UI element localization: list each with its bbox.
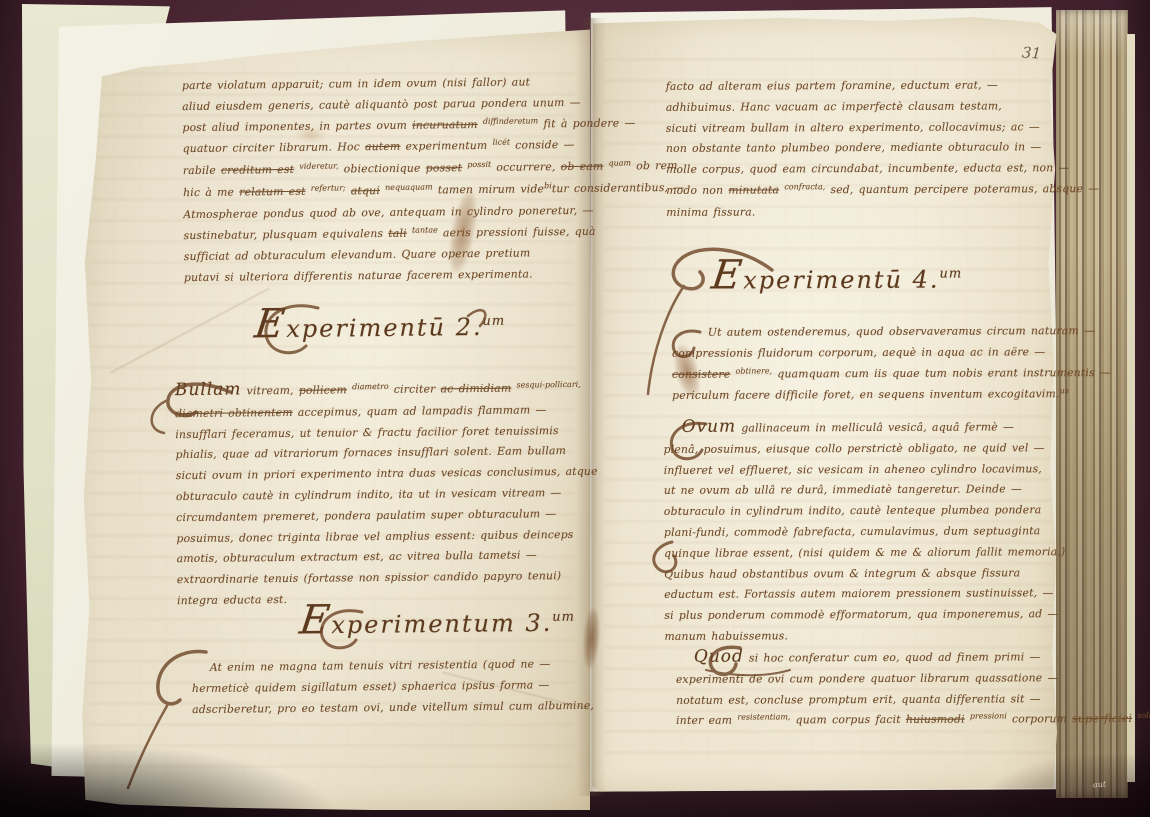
text-line: modo non minutata confracta, sed, quantu… <box>666 179 1070 203</box>
experiment-4-intro-paragraph: Ut autem ostenderemus, quod observaveram… <box>672 321 1080 408</box>
text-line: molle corpus, quod eam circundabat, incu… <box>666 158 1070 181</box>
heading-initial: E <box>252 301 289 347</box>
right-page-continuation-paragraph: facto ad alteram eius partem foramine, e… <box>666 75 1071 223</box>
text-line: si plus ponderum commodè efformatorum, q… <box>664 604 1076 627</box>
text-line: ut ne ovum ab ullâ re durâ, immediatè ta… <box>664 479 1076 502</box>
text-line: inter eam resistentiam, quam corpus faci… <box>676 710 1080 734</box>
heading-initial: E <box>709 252 746 298</box>
experiment-2-heading: Experimentū 2.um <box>255 299 506 348</box>
heading-text: xperimentum 3. <box>331 609 552 639</box>
heading-text: xperimentū 4. <box>743 266 939 295</box>
text-line: Quibus haud obstantibus ovum & integrum … <box>664 563 1076 586</box>
text-line: consistere obtinere, quamquam cum iis qu… <box>672 363 1080 387</box>
text-line: sicuti vitream bullam in altero experime… <box>666 117 1070 140</box>
corner-annotation: aut <box>1093 780 1107 790</box>
left-page-intro-paragraph: parte violatum apparuit; cum in idem ovu… <box>182 72 580 289</box>
text-line: periculum facere difficile foret, en seq… <box>672 385 1080 409</box>
experiment-4-body-paragraph: Ovum gallinaceum in melliculâ vesicâ, aq… <box>663 415 1076 648</box>
text-line: obturaculo in cylindrum indito, cautè le… <box>664 500 1076 523</box>
text-line: non obstante tanto plumbeo pondere, medi… <box>666 138 1070 161</box>
experiment-2-paragraph: Bullam vitream, pollicem diametro circit… <box>175 376 581 612</box>
text-line: experimenti de ovi cum pondere quatuor l… <box>676 668 1080 691</box>
fore-edge-endpaper <box>1127 34 1135 782</box>
text-line: Ut autem ostenderemus, quod observaveram… <box>672 321 1080 344</box>
text-line: facto ad alteram eius partem foramine, e… <box>666 75 1070 98</box>
heading-ordinal-suffix: um <box>482 314 505 329</box>
text-line: minima fissura. <box>666 201 1070 224</box>
heading-initial: E <box>297 597 334 643</box>
heading-ordinal-suffix: um <box>939 266 962 281</box>
heading-ordinal-suffix: um <box>552 610 575 625</box>
text-line: compressionis fluidorum corporum, aequè … <box>672 342 1080 365</box>
text-line: quinque librae essent, (nisi quidem & me… <box>664 542 1076 565</box>
experiment-4-conclusion-paragraph: Quod si hoc conferatur cum eo, quod ad f… <box>676 645 1080 733</box>
text-line: influeret vel efflueret, sic vesicam in … <box>664 459 1076 482</box>
text-line: plani-fundi, commodè fabrefacta, cumulav… <box>664 521 1076 544</box>
text-line: adhibuimus. Hanc vacuam ac imperfectè cl… <box>666 96 1070 119</box>
text-line: Quod si hoc conferatur cum eo, quod ad f… <box>676 645 1080 670</box>
experiment-4-heading: Experimentū 4.um <box>712 251 962 298</box>
heading-text: xperimentū 2. <box>286 313 483 343</box>
text-line: putavi si ulteriora differentis naturae … <box>184 264 580 289</box>
text-line: adscriberetur, pro eo testam ovi, unde v… <box>192 696 582 721</box>
experiment-3-paragraph: At enim ne magna tam tenuis vitri resist… <box>192 654 583 720</box>
text-line: extraordinarie tenuis (fortasse non spis… <box>177 566 581 591</box>
page-number: 31 <box>1021 43 1041 62</box>
text-line: Ovum gallinaceum in melliculâ vesicâ, aq… <box>663 415 1075 440</box>
experiment-3-heading: Experimentum 3.um <box>300 595 575 644</box>
manuscript-scan: parte violatum apparuit; cum in idem ovu… <box>0 0 1150 817</box>
text-line: notatum est, concluse promptum erit, qua… <box>676 689 1080 712</box>
text-line: eductum est. Fortassis autem maiorem pre… <box>664 583 1076 606</box>
text-line: manum habuissemus. <box>664 625 1076 648</box>
text-line: plenâ, posuimus, eiusque collo perstrict… <box>664 438 1076 461</box>
